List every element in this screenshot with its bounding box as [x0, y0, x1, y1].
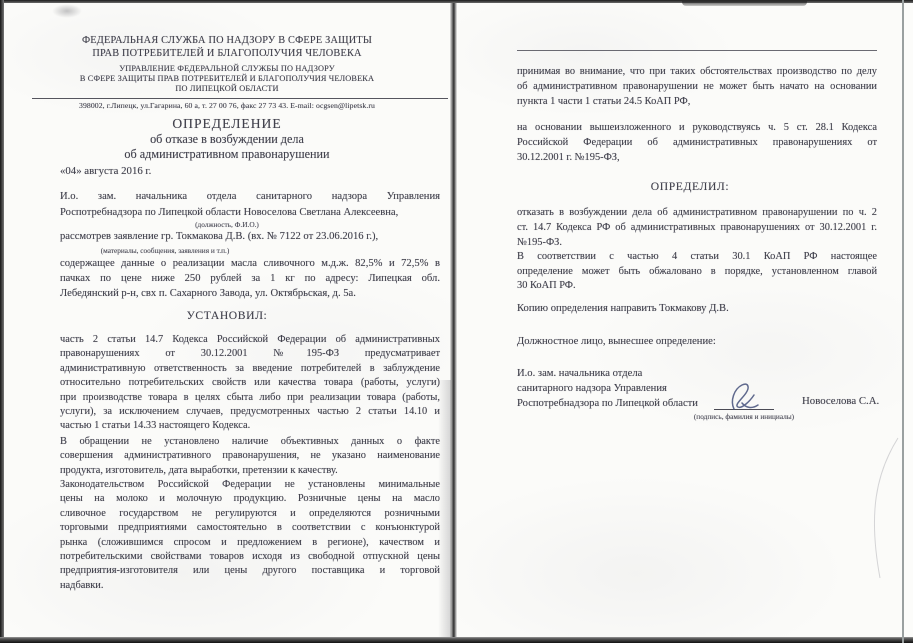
org-dept-line3: ПО ЛИПЕЦКОЙ ОБЛАСТИ: [37, 84, 417, 94]
paragraph-prices: Законодательством Российской Федерации н…: [60, 478, 440, 593]
official-line: Должностное лицо, вынесшее определение:: [517, 336, 716, 347]
paragraph-line: В соответствии с частью 4 статьи 30.1 Ко…: [517, 250, 877, 265]
officer-paragraph: И.о. зам. начальника отдела санитарного …: [60, 189, 440, 220]
signature-caption: (подпись, фамилия и инициалы): [664, 412, 824, 421]
scan-edge-right: [902, 0, 904, 643]
letterhead-rule: [32, 98, 448, 99]
paragraph-line: потребительскими свойствами товаров исхо…: [60, 550, 440, 564]
heading-established: УСТАНОВИЛ:: [37, 309, 417, 322]
paragraph-line: торговыми предприятиями самостоятельно в…: [60, 521, 440, 535]
paragraph-line: совершения административного правонаруше…: [60, 449, 440, 463]
scan-smudge: [52, 4, 82, 18]
officer-line: Роспотребнадзора по Липецкой области Нов…: [60, 205, 440, 221]
document-subtitle-1: об отказе в возбуждении дела: [37, 132, 417, 147]
caption-materials: (материалы, сообщения, заявления и т.п.): [0, 246, 355, 255]
signer-name: Новоселова С.А.: [802, 395, 879, 407]
content-line: пачках по цене ниже 250 рублей за 1 кг п…: [60, 271, 440, 286]
org-name-line1: ФЕДЕРАЛЬНАЯ СЛУЖБА ПО НАДЗОРУ В СФЕРЕ ЗА…: [37, 34, 417, 47]
paragraph-line: принимая во внимание, что при таких обст…: [517, 64, 877, 79]
scan-edge-left: [0, 0, 4, 643]
document-title: ОПРЕДЕЛЕНИЕ: [37, 116, 417, 132]
paragraph-line: 30 КоАП РФ.: [517, 279, 877, 294]
paragraph-line: 30.12.2001 г. №195-ФЗ,: [517, 150, 877, 165]
page-divider: [450, 0, 457, 643]
page-2: принимая во внимание, что при таких обст…: [458, 3, 902, 637]
caption-position: (должность, Ф.И.О.): [37, 220, 417, 229]
copy-line: Копию определения направить Токмакову Д.…: [517, 303, 729, 314]
paragraph-line: пункта 1 части 1 статьи 24.5 КоАП РФ,: [517, 94, 877, 109]
scan-edge-bottom: [0, 637, 913, 643]
signer-position-line: И.о. зам. начальника отдела: [517, 366, 877, 381]
application-line: рассмотрев заявление гр. Токмакова Д.В. …: [60, 231, 378, 242]
paragraph-basis: на основании вышеизложенного и руководст…: [517, 120, 877, 166]
page2-top-rule: [517, 50, 877, 51]
paragraph-line: надбавки.: [60, 579, 440, 593]
scan-smudge: [682, 0, 807, 6]
org-name-line2: ПРАВ ПОТРЕБИТЕЛЕЙ И БЛАГОПОЛУЧИЯ ЧЕЛОВЕК…: [37, 47, 417, 60]
page-1: ФЕДЕРАЛЬНАЯ СЛУЖБА ПО НАДЗОРУ В СФЕРЕ ЗА…: [5, 3, 450, 637]
paragraph-line: об административном правонарушении не мо…: [517, 79, 877, 94]
paragraph-line: рынка (сложившимся спросом и предложение…: [60, 536, 440, 550]
paragraph-line: частью 1 статьи 14.33 настоящего Кодекса…: [60, 419, 440, 433]
paragraph-line: определение может быть обжаловано в поря…: [517, 265, 877, 280]
document-subtitle-2: об административном правонарушении: [37, 147, 417, 162]
org-dept-line1: УПРАВЛЕНИЕ ФЕДЕРАЛЬНОЙ СЛУЖБЫ ПО НАДЗОРУ: [37, 64, 417, 74]
paragraph-line: отказать в возбуждении дела об администр…: [517, 205, 877, 220]
paragraph-line: Российской Федерации об административных…: [517, 135, 877, 150]
paragraph-line: №195-ФЗ.: [517, 235, 877, 250]
document-date: «04» августа 2016 г.: [60, 165, 151, 177]
content-paragraph: содержащее данные о реализации масла сли…: [60, 256, 440, 302]
paragraph-line: цены на молоко и молочную продукцию. Роз…: [60, 492, 440, 506]
signature-mark: [720, 381, 768, 413]
paragraph-refuse: отказать в возбуждении дела об администр…: [517, 205, 877, 250]
paragraph-line: административную ответственность за введ…: [60, 362, 440, 376]
org-address: 398002, г.Липецк, ул.Гагарина, 60 а, т. …: [37, 101, 417, 110]
paragraph-taking-into-account: принимая во внимание, что при таких обст…: [517, 64, 877, 110]
paragraph-line: услуги), за исключением случаев, предусм…: [60, 405, 440, 419]
document-scan: ФЕДЕРАЛЬНАЯ СЛУЖБА ПО НАДЗОРУ В СФЕРЕ ЗА…: [0, 0, 913, 643]
paragraph-line: при производстве товара в целях сбыта ли…: [60, 391, 440, 405]
heading-decided: ОПРЕДЕЛИЛ:: [500, 180, 880, 193]
paragraph-line: предприятия-изготовителя или цены другог…: [60, 564, 440, 578]
paragraph-line: продукта, изготовитель, дата выработки, …: [60, 464, 440, 478]
paragraph-line: Законодательством Российской Федерации н…: [60, 478, 440, 492]
paragraph-law: часть 2 статьи 14.7 Кодекса Российской Ф…: [60, 333, 440, 434]
officer-line: И.о. зам. начальника отдела санитарного …: [60, 189, 440, 205]
paragraph-line: В обращении не установлено наличие объек…: [60, 435, 440, 449]
paragraph-line: сливочное государством не регулируются и…: [60, 507, 440, 521]
content-line: Лебедянский р-н, свх п. Сахарного Завода…: [60, 286, 440, 301]
paragraph-appeal: В соответствии с частью 4 статьи 30.1 Ко…: [517, 250, 877, 294]
content-line: содержащее данные о реализации масла сли…: [60, 256, 440, 271]
paragraph-facts: В обращении не установлено наличие объек…: [60, 435, 440, 478]
paragraph-line: относительно потребительских свойств или…: [60, 376, 440, 390]
paragraph-line: правонарушениях от 30.12.2001 №195-ФЗ пр…: [60, 347, 440, 361]
paragraph-line: на основании вышеизложенного и руководст…: [517, 120, 877, 135]
scan-artifact-curve: [858, 433, 903, 583]
org-dept-line2: В СФЕРЕ ЗАЩИТЫ ПРАВ ПОТРЕБИТЕЛЕЙ И БЛАГО…: [37, 74, 417, 84]
paragraph-line: ст. 14.7 Кодекса РФ об административных …: [517, 220, 877, 235]
paragraph-line: часть 2 статьи 14.7 Кодекса Российской Ф…: [60, 333, 440, 347]
